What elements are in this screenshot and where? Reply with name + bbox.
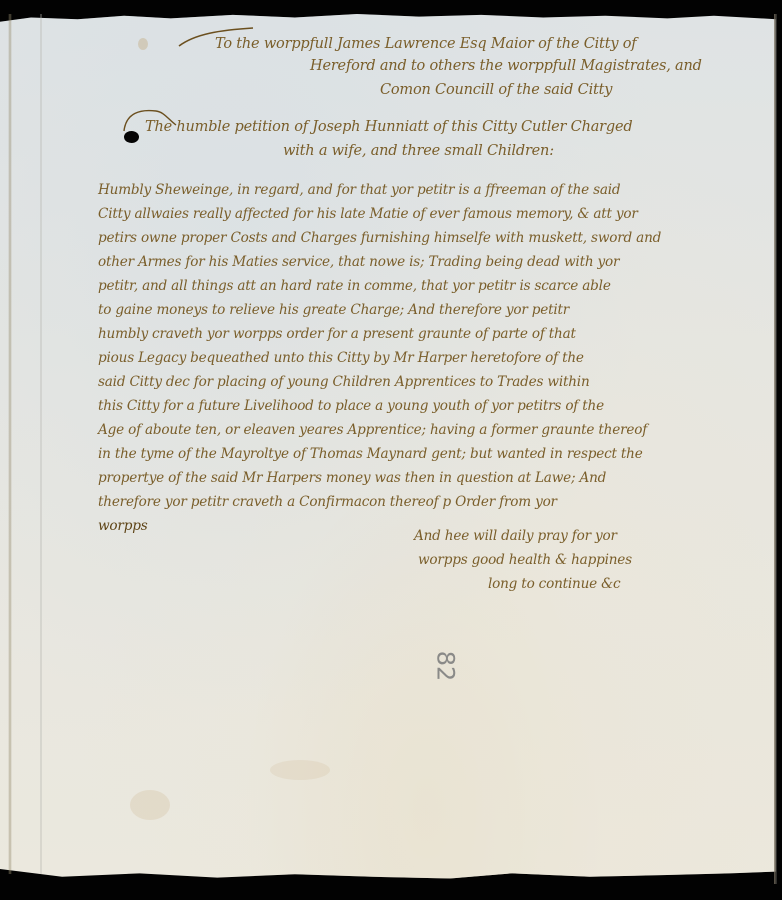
address-line: To the worppfull James Lawrence Esq Maio… xyxy=(215,36,636,52)
body-line: Age of aboute ten, or eleaven yeares App… xyxy=(98,422,647,438)
paper-hole xyxy=(124,131,139,143)
body-line: pious Legacy bequeathed unto this Citty … xyxy=(98,350,584,366)
body-line: said Citty dec for placing of young Chil… xyxy=(98,374,590,390)
closing-line: long to continue &c xyxy=(488,576,620,592)
body-line: petitr, and all things att an hard rate … xyxy=(98,278,611,294)
body-line: Humbly Sheweinge, in regard, and for tha… xyxy=(98,182,620,198)
stain-spot xyxy=(130,790,170,820)
right-page-edge xyxy=(774,14,777,884)
address-line: Hereford and to others the worppfull Mag… xyxy=(310,58,702,74)
body-line: this Citty for a future Livelihood to pl… xyxy=(98,398,604,414)
body-line: petirs owne proper Costs and Charges fur… xyxy=(98,230,661,246)
body-line: other Armes for his Maties service, that… xyxy=(98,254,619,270)
closing-line: And hee will daily pray for yor xyxy=(414,528,617,544)
body-line: humbly craveth yor worpps order for a pr… xyxy=(98,326,576,342)
body-line: in the tyme of the Mayroltye of Thomas M… xyxy=(98,446,643,462)
petition-heading: The humble petition of Joseph Hunniatt o… xyxy=(145,119,632,135)
address-line: Comon Councill of the said Citty xyxy=(380,82,612,98)
body-line: to gaine moneys to relieve his greate Ch… xyxy=(98,302,569,318)
folio-number: 82 xyxy=(431,651,459,682)
stain-spot xyxy=(270,760,330,780)
stain-spot xyxy=(138,38,148,50)
body-line: therefore yor petitr craveth a Confirmac… xyxy=(98,494,557,510)
left-crease xyxy=(40,14,42,874)
body-line: worpps xyxy=(98,518,148,534)
closing-line: worpps good health & happines xyxy=(418,552,632,568)
petition-heading: with a wife, and three small Children: xyxy=(283,143,554,159)
body-line: Citty allwaies really affected for his l… xyxy=(98,206,638,222)
body-line: propertye of the said Mr Harpers money w… xyxy=(98,470,606,486)
left-fold-line xyxy=(8,14,12,874)
